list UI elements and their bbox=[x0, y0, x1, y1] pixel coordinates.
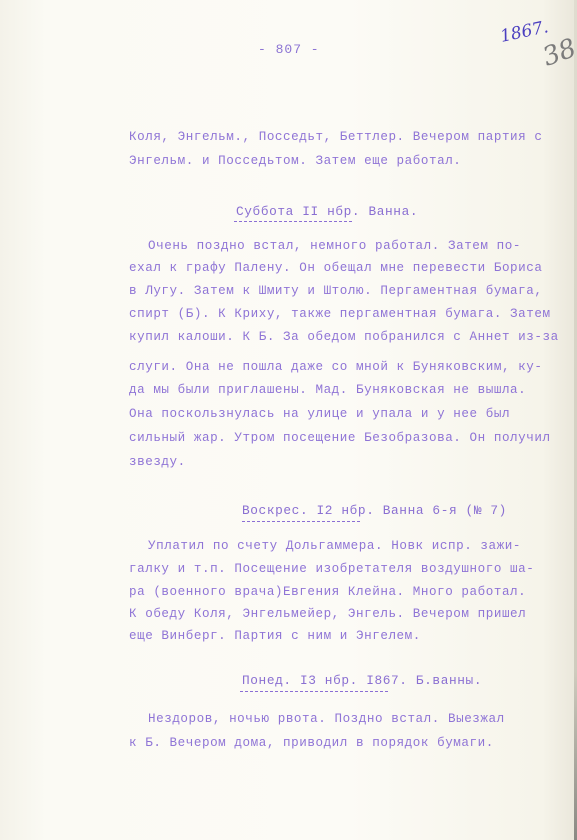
text-line: галку и т.п. Посещение изобретателя возд… bbox=[129, 563, 534, 576]
text-line: Нездоров, ночью рвота. Поздно встал. Вые… bbox=[148, 713, 505, 726]
text-line: да мы были приглашены. Мад. Буняковская … bbox=[129, 384, 526, 397]
text-line: ехал к графу Палену. Он обещал мне перев… bbox=[129, 262, 542, 275]
text-line: в Лугу. Затем к Шмиту и Штолю. Пергамент… bbox=[129, 285, 542, 298]
heading-underline bbox=[240, 691, 388, 692]
document-page: - 807 - 1867. 38 Коля, Энгельм., Посседь… bbox=[0, 0, 577, 840]
text-line: Очень поздно встал, немного работал. Зат… bbox=[148, 240, 521, 253]
text-line: сильный жар. Утром посещение Безобразова… bbox=[129, 432, 551, 445]
text-line: ра (военного врача)Евгения Клейна. Много… bbox=[129, 586, 526, 599]
text-line: еще Винберг. Партия с ним и Энгелем. bbox=[129, 630, 421, 643]
text-line: Коля, Энгельм., Посседьт, Беттлер. Вечер… bbox=[129, 131, 542, 144]
heading-underline bbox=[234, 221, 352, 222]
text-line: Она поскользнулась на улице и упала и у … bbox=[129, 408, 510, 421]
heading-underline bbox=[242, 521, 360, 522]
page-number: - 807 - bbox=[258, 42, 320, 57]
text-line: Энгельм. и Посседьтом. Затем еще работал… bbox=[129, 155, 461, 168]
text-line: слуги. Она не пошла даже со мной к Буняк… bbox=[129, 361, 542, 374]
text-line: спирт (Б). К Криху, также пергаментная б… bbox=[129, 308, 551, 321]
text-line: купил калоши. К Б. За обедом побранился … bbox=[129, 331, 559, 344]
entry-heading-monday: Понед. I3 нбр. I867. Б.ванны. bbox=[242, 673, 482, 688]
handwritten-pencil-mark: 38 bbox=[539, 33, 577, 73]
text-line: к Б. Вечером дома, приводил в порядок бу… bbox=[129, 737, 494, 750]
text-line: Уплатил по счету Дольгаммера. Новк испр.… bbox=[148, 540, 521, 553]
text-line: звезду. bbox=[129, 456, 186, 469]
entry-heading-sunday: Воскрес. I2 нбр. Ванна 6-я (№ 7) bbox=[242, 503, 507, 518]
text-line: К обеду Коля, Энгельмейер, Энгель. Вечер… bbox=[129, 608, 526, 621]
entry-heading-saturday: Суббота II нбр. Ванна. bbox=[236, 204, 418, 219]
